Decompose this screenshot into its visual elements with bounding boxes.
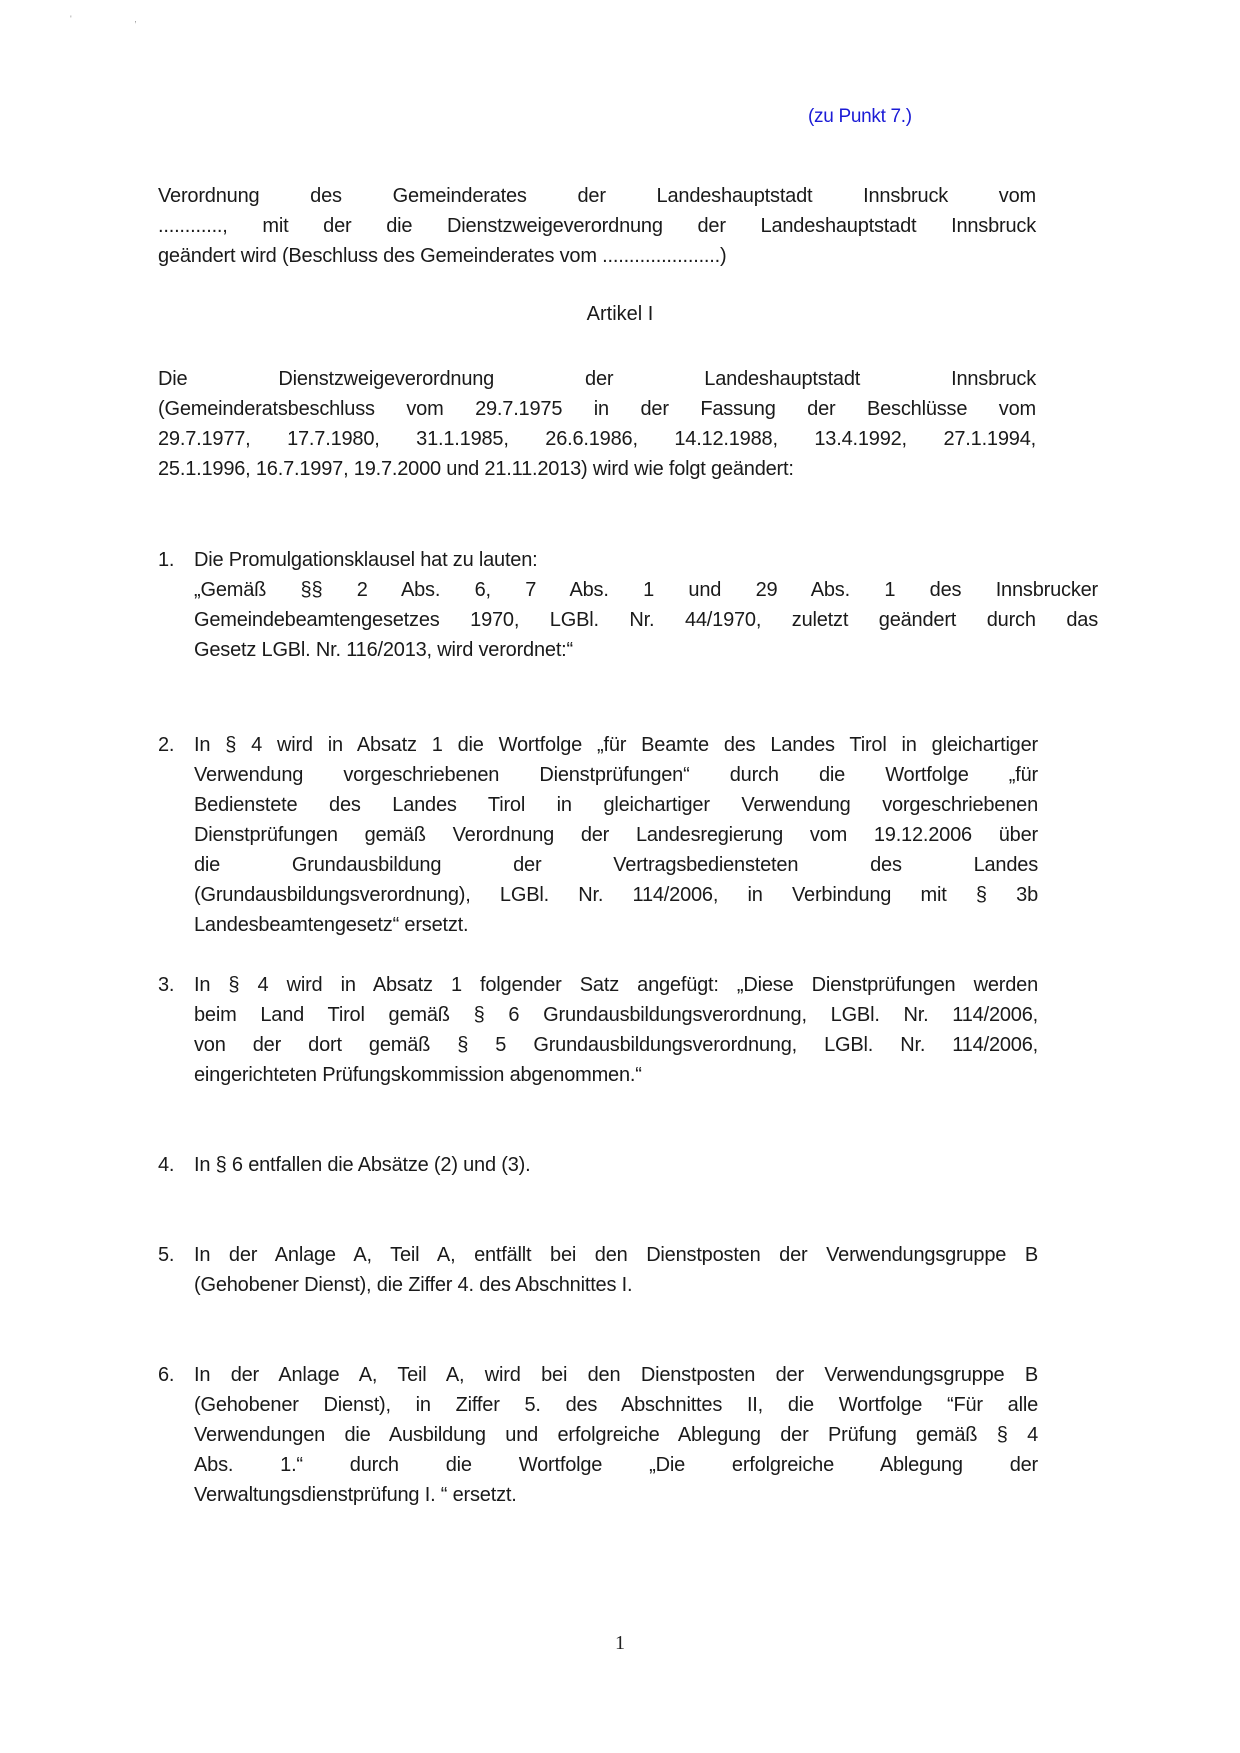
title-line: Verordnung des Gemeinderates der Landesh… xyxy=(158,181,1036,211)
item-line: (Gehobener Dienst), in Ziffer 5. des Abs… xyxy=(194,1390,1038,1420)
intro-paragraph: Die Dienstzweigeverordnung der Landeshau… xyxy=(158,364,1036,484)
ordinance-title: Verordnung des Gemeinderates der Landesh… xyxy=(158,181,1036,271)
item-line: beim Land Tirol gemäß § 6 Grundausbildun… xyxy=(194,1000,1038,1030)
item-number: 6. xyxy=(158,1360,174,1390)
item-line: Landesbeamtengesetz“ ersetzt. xyxy=(194,910,1038,940)
item-line: Gemeindebeamtengesetzes 1970, LGBl. Nr. … xyxy=(194,605,1098,635)
item-line: „Gemäß §§ 2 Abs. 6, 7 Abs. 1 und 29 Abs.… xyxy=(194,575,1098,605)
item-line: Verwendungen die Ausbildung und erfolgre… xyxy=(194,1420,1038,1450)
item-line: In § 6 entfallen die Absätze (2) und (3)… xyxy=(194,1150,1038,1180)
item-line: Gesetz LGBl. Nr. 116/2013, wird verordne… xyxy=(194,635,1098,665)
article-heading: Artikel I xyxy=(0,303,1240,326)
scan-artifact-marks: ' , xyxy=(70,14,167,24)
item-line: In der Anlage A, Teil A, wird bei den Di… xyxy=(194,1360,1038,1390)
intro-line: 25.1.1996, 16.7.1997, 19.7.2000 und 21.1… xyxy=(158,454,1036,484)
item-line: eingerichteten Prüfungskommission abgeno… xyxy=(194,1060,1038,1090)
item-line: Abs. 1.“ durch die Wortfolge „Die erfolg… xyxy=(194,1450,1038,1480)
item-number: 2. xyxy=(158,730,174,760)
title-line: ............, mit der die Dienstzweigeve… xyxy=(158,211,1036,241)
item-line: (Gehobener Dienst), die Ziffer 4. des Ab… xyxy=(194,1270,1038,1300)
amendment-item-1: 1. Die Promulgationsklausel hat zu laute… xyxy=(158,545,1098,665)
reference-note: (zu Punkt 7.) xyxy=(808,106,912,128)
amendment-item-2: 2. In § 4 wird in Absatz 1 die Wortfolge… xyxy=(158,730,1038,940)
item-line: In § 4 wird in Absatz 1 die Wortfolge „f… xyxy=(194,730,1038,760)
page-number: 1 xyxy=(0,1632,1240,1655)
title-line: geändert wird (Beschluss des Gemeinderat… xyxy=(158,241,1036,271)
amendment-item-4: 4. In § 6 entfallen die Absätze (2) und … xyxy=(158,1150,1038,1180)
item-line: Die Promulgationsklausel hat zu lauten: xyxy=(194,545,1098,575)
intro-line: Die Dienstzweigeverordnung der Landeshau… xyxy=(158,364,1036,394)
intro-line: 29.7.1977, 17.7.1980, 31.1.1985, 26.6.19… xyxy=(158,424,1036,454)
item-line: Verwendung vorgeschriebenen Dienstprüfun… xyxy=(194,760,1038,790)
amendment-item-3: 3. In § 4 wird in Absatz 1 folgender Sat… xyxy=(158,970,1038,1090)
item-line: Bedienstete des Landes Tirol in gleichar… xyxy=(194,790,1038,820)
item-line: die Grundausbildung der Vertragsbedienst… xyxy=(194,850,1038,880)
item-line: von der dort gemäß § 5 Grundausbildungsv… xyxy=(194,1030,1038,1060)
item-line: In § 4 wird in Absatz 1 folgender Satz a… xyxy=(194,970,1038,1000)
item-number: 4. xyxy=(158,1150,174,1180)
item-line: Dienstprüfungen gemäß Verordnung der Lan… xyxy=(194,820,1038,850)
item-line: (Grundausbildungsverordnung), LGBl. Nr. … xyxy=(194,880,1038,910)
amendment-item-6: 6. In der Anlage A, Teil A, wird bei den… xyxy=(158,1360,1038,1510)
item-number: 1. xyxy=(158,545,174,575)
item-line: In der Anlage A, Teil A, entfällt bei de… xyxy=(194,1240,1038,1270)
item-number: 5. xyxy=(158,1240,174,1270)
intro-line: (Gemeinderatsbeschluss vom 29.7.1975 in … xyxy=(158,394,1036,424)
amendment-item-5: 5. In der Anlage A, Teil A, entfällt bei… xyxy=(158,1240,1038,1300)
item-line: Verwaltungsdienstprüfung I. “ ersetzt. xyxy=(194,1480,1038,1510)
item-number: 3. xyxy=(158,970,174,1000)
